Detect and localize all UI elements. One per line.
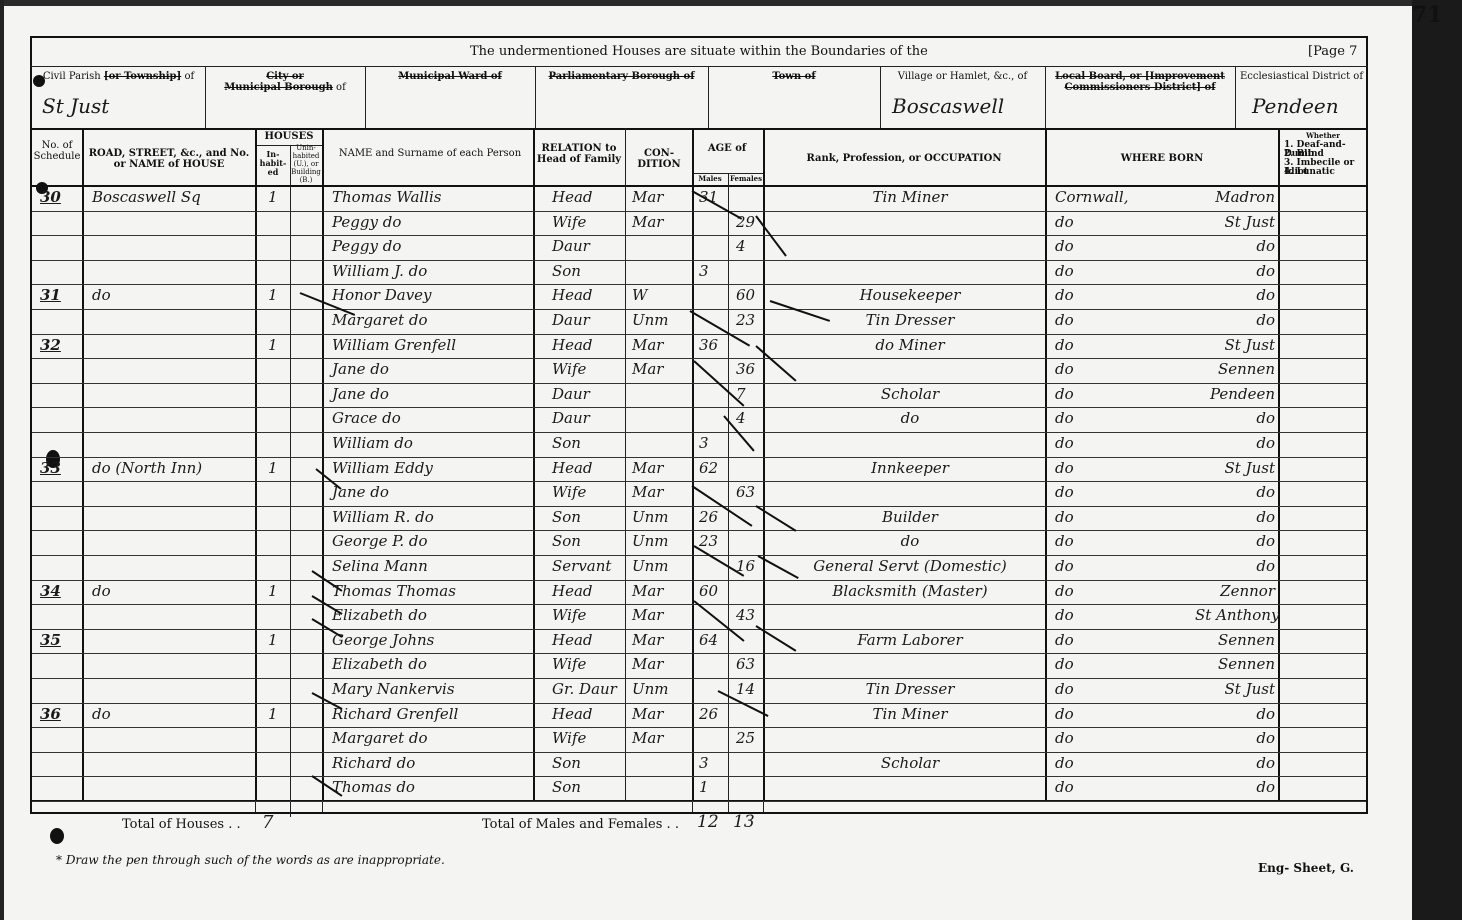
condition-cell: Mar xyxy=(632,360,663,378)
born-parish-cell: Pendeen xyxy=(1195,385,1275,403)
condition-cell: Unm xyxy=(632,508,669,526)
header-uninhabited: Unin-habited (U.), or Building (B.) xyxy=(290,144,322,184)
relation-cell: Wife xyxy=(552,483,586,501)
condition-cell: Mar xyxy=(632,582,663,600)
schedule-cell: 36 xyxy=(40,705,61,723)
born-parish-cell: St Just xyxy=(1195,459,1275,477)
row-rule xyxy=(32,727,1366,728)
born-county-cell: do xyxy=(1055,434,1074,452)
boundary-label-2: Municipal Ward of xyxy=(365,71,535,82)
born-county-cell: do xyxy=(1055,286,1074,304)
name-cell: Grace do xyxy=(332,409,401,427)
born-parish-cell: do xyxy=(1195,754,1275,772)
born-parish-cell: St Anthony xyxy=(1195,606,1275,624)
inhabited-cell: 1 xyxy=(268,459,278,477)
table-row xyxy=(30,555,1368,580)
footnote: * Draw the pen through such of the words… xyxy=(56,853,445,867)
relation-cell: Head xyxy=(552,336,593,354)
females-age-cell: 63 xyxy=(736,655,755,673)
column-rule xyxy=(692,128,694,800)
boundary-rule xyxy=(1045,66,1046,128)
boundary-value-7: Pendeen xyxy=(1252,94,1339,118)
table-row xyxy=(30,358,1368,383)
females-age-cell: 43 xyxy=(736,606,755,624)
name-cell: Jane do xyxy=(332,385,389,403)
occupation-cell: Tin Miner xyxy=(800,705,1020,723)
schedule-cell: 31 xyxy=(40,286,61,304)
born-county-cell: do xyxy=(1055,729,1074,747)
born-county-cell: do xyxy=(1055,631,1074,649)
males-age-cell: 3 xyxy=(699,434,709,452)
boundary-rule xyxy=(535,66,536,128)
born-parish-cell: Madron xyxy=(1195,188,1275,206)
occupation-cell: Scholar xyxy=(800,754,1020,772)
name-cell: Honor Davey xyxy=(332,286,432,304)
column-rule xyxy=(82,128,84,800)
born-county-cell: do xyxy=(1055,336,1074,354)
males-age-cell: 3 xyxy=(699,262,709,280)
name-cell: Selina Mann xyxy=(332,557,428,575)
boundary-label-7: Ecclesiastical District of xyxy=(1235,71,1368,82)
page-label: [Page 7 xyxy=(1308,44,1357,59)
relation-cell: Son xyxy=(552,778,581,796)
relation-cell: Son xyxy=(552,434,581,452)
born-county-cell: do xyxy=(1055,532,1074,550)
born-county-cell: Cornwall, xyxy=(1055,188,1128,206)
born-county-cell: do xyxy=(1055,483,1074,501)
boundary-rule xyxy=(1235,66,1236,128)
boundary-rule xyxy=(880,66,881,128)
row-rule xyxy=(32,358,1366,359)
row-rule xyxy=(32,211,1366,212)
boundary-rule xyxy=(708,66,709,128)
name-cell: Elizabeth do xyxy=(332,606,427,624)
header-houses: HOUSES xyxy=(256,131,322,142)
born-parish-cell: do xyxy=(1195,311,1275,329)
rule xyxy=(30,128,1368,130)
schedule-cell: 30 xyxy=(40,188,61,206)
table-row xyxy=(30,235,1368,260)
condition-cell: Mar xyxy=(632,188,663,206)
schedule-cell: 35 xyxy=(40,631,61,649)
born-county-cell: do xyxy=(1055,508,1074,526)
row-rule xyxy=(32,703,1366,704)
sheet-label: Eng- Sheet, G. xyxy=(1258,861,1354,875)
header-occupation: Rank, Profession, or OCCUPATION xyxy=(765,153,1043,164)
name-cell: William Grenfell xyxy=(332,336,456,354)
relation-cell: Daur xyxy=(552,311,590,329)
row-rule xyxy=(32,334,1366,335)
scan-edge-top xyxy=(0,0,1462,6)
scan-edge-left xyxy=(0,0,4,920)
born-county-cell: do xyxy=(1055,705,1074,723)
males-age-cell: 60 xyxy=(699,582,718,600)
row-rule xyxy=(32,309,1366,310)
condition-cell: Mar xyxy=(632,606,663,624)
row-rule xyxy=(32,481,1366,482)
relation-cell: Head xyxy=(552,582,593,600)
boundary-rule xyxy=(365,66,366,128)
name-cell: Jane do xyxy=(332,360,389,378)
row-rule xyxy=(32,801,1366,802)
relation-cell: Wife xyxy=(552,729,586,747)
table-row xyxy=(30,604,1368,629)
road-cell: do xyxy=(92,705,111,723)
females-age-cell: 4 xyxy=(736,237,746,255)
females-age-cell: 4 xyxy=(736,409,746,427)
table-row xyxy=(30,309,1368,334)
relation-cell: Head xyxy=(552,631,593,649)
table-row xyxy=(30,284,1368,309)
header-relation: RELATION to Head of Family xyxy=(535,143,623,165)
boundary-label-4: Town of xyxy=(708,71,880,82)
males-age-cell: 26 xyxy=(699,705,718,723)
name-cell: Elizabeth do xyxy=(332,655,427,673)
relation-cell: Head xyxy=(552,188,593,206)
table-row xyxy=(30,383,1368,408)
inhabited-cell: 1 xyxy=(268,582,278,600)
road-cell: do xyxy=(92,286,111,304)
born-parish-cell: do xyxy=(1195,262,1275,280)
boundary-label-6: Local Board, or [ImprovementCommissioner… xyxy=(1045,71,1235,93)
rule xyxy=(30,66,1368,67)
condition-cell: Mar xyxy=(632,705,663,723)
name-cell: Margaret do xyxy=(332,311,428,329)
name-cell: William J. do xyxy=(332,262,427,280)
born-county-cell: do xyxy=(1055,754,1074,772)
inhabited-cell: 1 xyxy=(268,286,278,304)
born-county-cell: do xyxy=(1055,311,1074,329)
name-cell: Richard Grenfell xyxy=(332,705,458,723)
column-rule xyxy=(728,173,729,800)
folio-number: 71 xyxy=(1412,2,1443,28)
relation-cell: Wife xyxy=(552,360,586,378)
males-age-cell: 3 xyxy=(699,754,709,772)
row-rule xyxy=(32,383,1366,384)
males-age-cell: 64 xyxy=(699,631,718,649)
condition-cell: W xyxy=(632,286,647,304)
inhabited-cell: 1 xyxy=(268,336,278,354)
boundary-value-5: Boscaswell xyxy=(892,94,1004,118)
born-county-cell: do xyxy=(1055,655,1074,673)
ink-blot xyxy=(33,75,45,87)
born-county-cell: do xyxy=(1055,582,1074,600)
condition-cell: Unm xyxy=(632,311,669,329)
name-cell: Peggy do xyxy=(332,213,401,231)
condition-cell: Mar xyxy=(632,459,663,477)
name-cell: Peggy do xyxy=(332,237,401,255)
schedule-cell: 32 xyxy=(40,336,61,354)
occupation-cell: Tin Dresser xyxy=(800,311,1020,329)
header-inhabited: In-habit-ed xyxy=(257,150,289,177)
boundary-rule xyxy=(205,66,206,128)
females-age-cell: 25 xyxy=(736,729,755,747)
born-parish-cell: Sennen xyxy=(1195,655,1275,673)
header-age: AGE of xyxy=(693,143,761,154)
row-rule xyxy=(32,580,1366,581)
total-houses-value: 7 xyxy=(262,812,273,833)
born-county-cell: do xyxy=(1055,557,1074,575)
schedule-cell: 34 xyxy=(40,582,61,600)
born-parish-cell: Zennor xyxy=(1195,582,1275,600)
born-parish-cell: do xyxy=(1195,483,1275,501)
born-county-cell: do xyxy=(1055,237,1074,255)
boundary-label-5: Village or Hamlet, &c., of xyxy=(880,71,1045,82)
header-whether: Whether xyxy=(1280,132,1366,140)
born-parish-cell: St Just xyxy=(1195,680,1275,698)
females-age-cell: 14 xyxy=(736,680,755,698)
header-schedule: No. of Schedule xyxy=(32,140,82,162)
row-rule xyxy=(32,432,1366,433)
column-rule xyxy=(1045,128,1047,800)
header-condition: CON-DITION xyxy=(627,148,691,170)
born-county-cell: do xyxy=(1055,778,1074,796)
table-row xyxy=(30,678,1368,703)
ink-blot xyxy=(50,828,64,844)
born-parish-cell: do xyxy=(1195,557,1275,575)
born-parish-cell: do xyxy=(1195,778,1275,796)
name-cell: William Eddy xyxy=(332,459,433,477)
born-county-cell: do xyxy=(1055,385,1074,403)
occupation-cell: Innkeeper xyxy=(800,459,1020,477)
males-age-cell: 62 xyxy=(699,459,718,477)
occupation-cell: Scholar xyxy=(800,385,1020,403)
name-cell: William do xyxy=(332,434,413,452)
occupation-cell: Housekeeper xyxy=(800,286,1020,304)
rule xyxy=(256,145,322,146)
condition-cell: Mar xyxy=(632,655,663,673)
column-rule xyxy=(1278,128,1280,800)
table-row xyxy=(30,211,1368,236)
relation-cell: Son xyxy=(552,262,581,280)
condition-cell: Unm xyxy=(632,680,669,698)
row-rule xyxy=(32,530,1366,531)
name-cell: Thomas Thomas xyxy=(332,582,456,600)
inhabited-cell: 1 xyxy=(268,188,278,206)
header-females: Females xyxy=(729,175,763,183)
name-cell: Richard do xyxy=(332,754,415,772)
scan-edge-right xyxy=(1412,0,1462,920)
condition-cell: Mar xyxy=(632,729,663,747)
column-rule xyxy=(533,128,535,800)
total-females-value: 13 xyxy=(733,812,755,832)
name-cell: Jane do xyxy=(332,483,389,501)
relation-cell: Wife xyxy=(552,655,586,673)
born-county-cell: do xyxy=(1055,409,1074,427)
name-cell: George P. do xyxy=(332,532,428,550)
born-parish-cell: do xyxy=(1195,286,1275,304)
relation-cell: Head xyxy=(552,705,593,723)
born-parish-cell: Sennen xyxy=(1195,360,1275,378)
row-rule xyxy=(32,457,1366,458)
born-parish-cell: do xyxy=(1195,409,1275,427)
occupation-cell: General Servt (Domestic) xyxy=(800,557,1020,575)
table-row xyxy=(30,481,1368,506)
boundary-value-0: St Just xyxy=(42,94,109,118)
road-cell: do xyxy=(92,582,111,600)
born-county-cell: do xyxy=(1055,606,1074,624)
inhabited-cell: 1 xyxy=(268,631,278,649)
males-age-cell: 1 xyxy=(699,778,709,796)
born-parish-cell: St Just xyxy=(1195,213,1275,231)
header-where-born: WHERE BORN xyxy=(1047,153,1277,164)
table-row xyxy=(30,407,1368,432)
born-parish-cell: do xyxy=(1195,434,1275,452)
table-row xyxy=(30,653,1368,678)
total-males-value: 12 xyxy=(697,812,719,832)
row-rule xyxy=(32,506,1366,507)
condition-cell: Unm xyxy=(632,532,669,550)
condition-cell: Mar xyxy=(632,336,663,354)
relation-cell: Wife xyxy=(552,606,586,624)
born-parish-cell: do xyxy=(1195,729,1275,747)
name-cell: Thomas do xyxy=(332,778,415,796)
row-rule xyxy=(32,555,1366,556)
row-rule xyxy=(32,653,1366,654)
row-rule xyxy=(32,752,1366,753)
born-parish-cell: St Just xyxy=(1195,336,1275,354)
born-county-cell: do xyxy=(1055,360,1074,378)
born-parish-cell: do xyxy=(1195,237,1275,255)
road-cell: do (North Inn) xyxy=(92,459,202,477)
header-whether-4: 4. Lunatic xyxy=(1284,168,1370,177)
occupation-cell: Blacksmith (Master) xyxy=(800,582,1020,600)
born-county-cell: do xyxy=(1055,680,1074,698)
occupation-cell: Builder xyxy=(800,508,1020,526)
relation-cell: Daur xyxy=(552,385,590,403)
relation-cell: Gr. Daur xyxy=(552,680,617,698)
occupation-cell: Tin Miner xyxy=(800,188,1020,206)
born-county-cell: do xyxy=(1055,262,1074,280)
females-age-cell: 63 xyxy=(736,483,755,501)
boundary-label-1: City orMunicipal Borough of xyxy=(205,71,365,93)
born-parish-cell: do xyxy=(1195,532,1275,550)
relation-cell: Son xyxy=(552,508,581,526)
females-age-cell: 36 xyxy=(736,360,755,378)
row-rule xyxy=(32,678,1366,679)
born-county-cell: do xyxy=(1055,459,1074,477)
relation-cell: Daur xyxy=(552,409,590,427)
row-rule xyxy=(32,260,1366,261)
header-males: Males xyxy=(693,175,727,183)
boundary-label-0: Civil Parish [or Township] of xyxy=(32,71,205,82)
males-age-cell: 36 xyxy=(699,336,718,354)
name-cell: George Johns xyxy=(332,631,434,649)
relation-cell: Head xyxy=(552,459,593,477)
name-cell: William R. do xyxy=(332,508,434,526)
road-cell: Boscaswell Sq xyxy=(92,188,201,206)
born-county-cell: do xyxy=(1055,213,1074,231)
table-row xyxy=(30,727,1368,752)
condition-cell: Unm xyxy=(632,557,669,575)
females-age-cell: 23 xyxy=(736,311,755,329)
occupation-cell: Farm Laborer xyxy=(800,631,1020,649)
form-title: The undermentioned Houses are situate wi… xyxy=(470,44,928,59)
relation-cell: Servant xyxy=(552,557,611,575)
males-age-cell: 23 xyxy=(699,532,718,550)
row-rule xyxy=(32,629,1366,630)
header-road: ROAD, STREET, &c., and No. or NAME of HO… xyxy=(84,148,254,170)
relation-cell: Son xyxy=(552,532,581,550)
occupation-cell: Tin Dresser xyxy=(800,680,1020,698)
males-age-cell: 26 xyxy=(699,508,718,526)
born-parish-cell: Sennen xyxy=(1195,631,1275,649)
relation-cell: Head xyxy=(552,286,593,304)
born-parish-cell: do xyxy=(1195,705,1275,723)
total-houses-label: Total of Houses . . xyxy=(122,817,241,832)
total-persons-label: Total of Males and Females . . xyxy=(482,817,679,832)
occupation-cell: do xyxy=(800,532,1020,550)
occupation-cell: do xyxy=(800,409,1020,427)
name-cell: Thomas Wallis xyxy=(332,188,441,206)
name-cell: Margaret do xyxy=(332,729,428,747)
inhabited-cell: 1 xyxy=(268,705,278,723)
row-rule xyxy=(32,407,1366,408)
born-parish-cell: do xyxy=(1195,508,1275,526)
condition-cell: Mar xyxy=(632,483,663,501)
occupation-cell: do Miner xyxy=(800,336,1020,354)
column-rule xyxy=(625,128,626,800)
females-age-cell: 60 xyxy=(736,286,755,304)
name-cell: Mary Nankervis xyxy=(332,680,455,698)
row-rule xyxy=(32,284,1366,285)
relation-cell: Wife xyxy=(552,213,586,231)
row-rule xyxy=(32,776,1366,777)
relation-cell: Son xyxy=(552,754,581,772)
condition-cell: Mar xyxy=(632,631,663,649)
condition-cell: Mar xyxy=(632,213,663,231)
row-rule xyxy=(32,235,1366,236)
header-name: NAME and Surname of each Person xyxy=(330,148,530,159)
relation-cell: Daur xyxy=(552,237,590,255)
column-rule xyxy=(255,128,257,800)
schedule-cell: 33 xyxy=(40,459,61,477)
boundary-label-3: Parliamentary Borough of xyxy=(535,71,708,82)
